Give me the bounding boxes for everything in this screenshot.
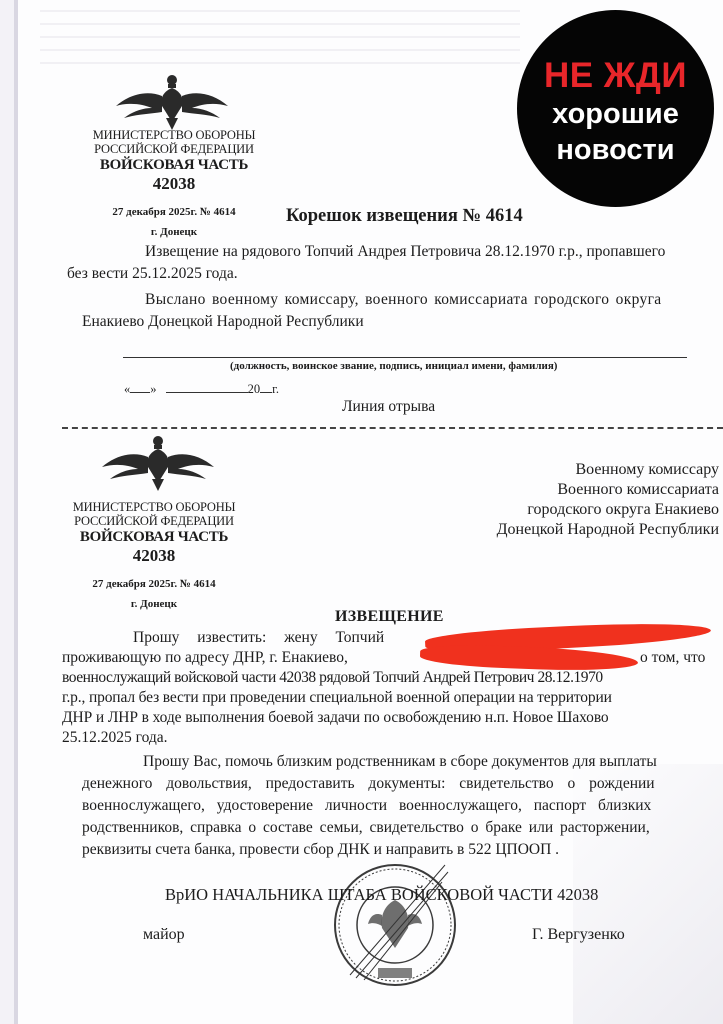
addressee-line: Военного комиссариата — [497, 480, 719, 500]
notice-body1-line6: 25.12.2025 года. — [62, 728, 168, 748]
date-number: 27 декабря 2025г. № 4614 — [84, 206, 264, 219]
addressee-line: Военному комиссару — [497, 460, 719, 480]
unit-label: ВОЙСКОВАЯ ЧАСТЬ — [64, 529, 244, 546]
year-prefix: 20 — [248, 382, 261, 396]
date-number: 27 декабря 2025г. № 4614 — [64, 578, 244, 591]
notice-body1-line1: Прошу известить: жену Топчий — [133, 628, 384, 648]
stub-paragraph1-line1: Извещение на рядового Топчий Андрея Петр… — [145, 242, 665, 262]
notice-body2-line2: денежного довольствия, предоставить доку… — [82, 774, 655, 794]
notice-body1-line2-start: проживающую по адресу ДНР, г. Енакиево, — [62, 648, 348, 668]
addressee-line: городского округа Енакиево — [497, 500, 719, 520]
scan-edge-shadow — [0, 0, 14, 1024]
year-suffix: г. — [272, 382, 279, 396]
scanned-document-page: МИНИСТЕРСТВО ОБОРОНЫ РОССИЙСКОЙ ФЕДЕРАЦИ… — [0, 0, 723, 1024]
eagle-emblem-icon — [98, 433, 218, 493]
notice-body2-line4: родственников, справка о составе семьи, … — [82, 818, 650, 838]
stub-paragraph2-line1: Выслано военному комиссару, военного ком… — [145, 290, 662, 310]
tear-line — [62, 427, 723, 429]
addressee-block: Военному комиссару Военного комиссариата… — [497, 460, 719, 540]
official-seal-icon — [330, 860, 460, 990]
addressee-line: Донецкой Народной Республики — [497, 520, 719, 540]
notice-body2-line1: Прошу Вас, помочь близким родственникам … — [143, 752, 657, 772]
signature-line — [123, 357, 687, 358]
city: г. Донецк — [64, 598, 244, 611]
tear-line-label: Линия отрыва — [342, 398, 435, 416]
bleed-through-text — [40, 4, 520, 64]
date-blank: «» 20г. — [124, 381, 279, 397]
ministry-line2: РОССИЙСКОЙ ФЕДЕРАЦИИ — [64, 514, 244, 528]
signatory-name: Г. Вергузенко — [532, 926, 625, 944]
year-blank — [260, 381, 272, 393]
close-quote: » — [150, 382, 156, 396]
notice-body2-line5: реквизиты счета банка, провести сбор ДНК… — [82, 840, 559, 860]
news-badge: НЕ ЖДИ хорошие новости — [517, 10, 714, 207]
city: г. Донецк — [84, 226, 264, 239]
eagle-emblem-icon — [112, 72, 232, 132]
signatory-rank: майор — [143, 926, 185, 944]
notice-body2-line3: военнослужащего, удостоверение личности … — [82, 796, 651, 816]
signature-caption: (должность, воинское звание, подпись, ин… — [230, 360, 557, 372]
month-blank — [166, 381, 248, 393]
day-blank — [130, 381, 150, 393]
notice-body1-line3: военнослужащий войсковой части 42038 ряд… — [62, 668, 603, 688]
unit-number: 42038 — [84, 174, 264, 194]
stub-paragraph2-line2: Енакиево Донецкой Народной Республики — [82, 312, 364, 332]
signatory-title: ВрИО НАЧАЛЬНИКА ШТАБА ВОЙСКОВОЙ ЧАСТИ 42… — [165, 885, 598, 905]
unit-label: ВОЙСКОВАЯ ЧАСТЬ — [84, 157, 264, 174]
notice-body1-line4: г.р., пропал без вести при проведении сп… — [62, 688, 612, 708]
ministry-line1: МИНИСТЕРСТВО ОБОРОНЫ — [64, 500, 244, 514]
scan-left-border — [14, 0, 18, 1024]
badge-line2: хорошие — [552, 96, 679, 132]
notice-title: ИЗВЕЩЕНИЕ — [335, 608, 444, 626]
notice-body1-line5: ДНР и ЛНР в ходе выполнения боевой задач… — [62, 708, 609, 728]
notice-body1-line2-end: о том, что — [640, 648, 705, 668]
stub-paragraph1-line2: без вести 25.12.2025 года. — [67, 264, 238, 284]
badge-line1: НЕ ЖДИ — [544, 56, 687, 96]
ministry-line2: РОССИЙСКОЙ ФЕДЕРАЦИИ — [84, 142, 264, 156]
stub-letterhead: МИНИСТЕРСТВО ОБОРОНЫ РОССИЙСКОЙ ФЕДЕРАЦИ… — [84, 128, 264, 239]
ministry-line1: МИНИСТЕРСТВО ОБОРОНЫ — [84, 128, 264, 142]
unit-number: 42038 — [64, 546, 244, 566]
notice-letterhead: МИНИСТЕРСТВО ОБОРОНЫ РОССИЙСКОЙ ФЕДЕРАЦИ… — [64, 500, 244, 611]
badge-line3: новости — [556, 132, 674, 168]
stub-title: Корешок извещения № 4614 — [286, 206, 523, 227]
